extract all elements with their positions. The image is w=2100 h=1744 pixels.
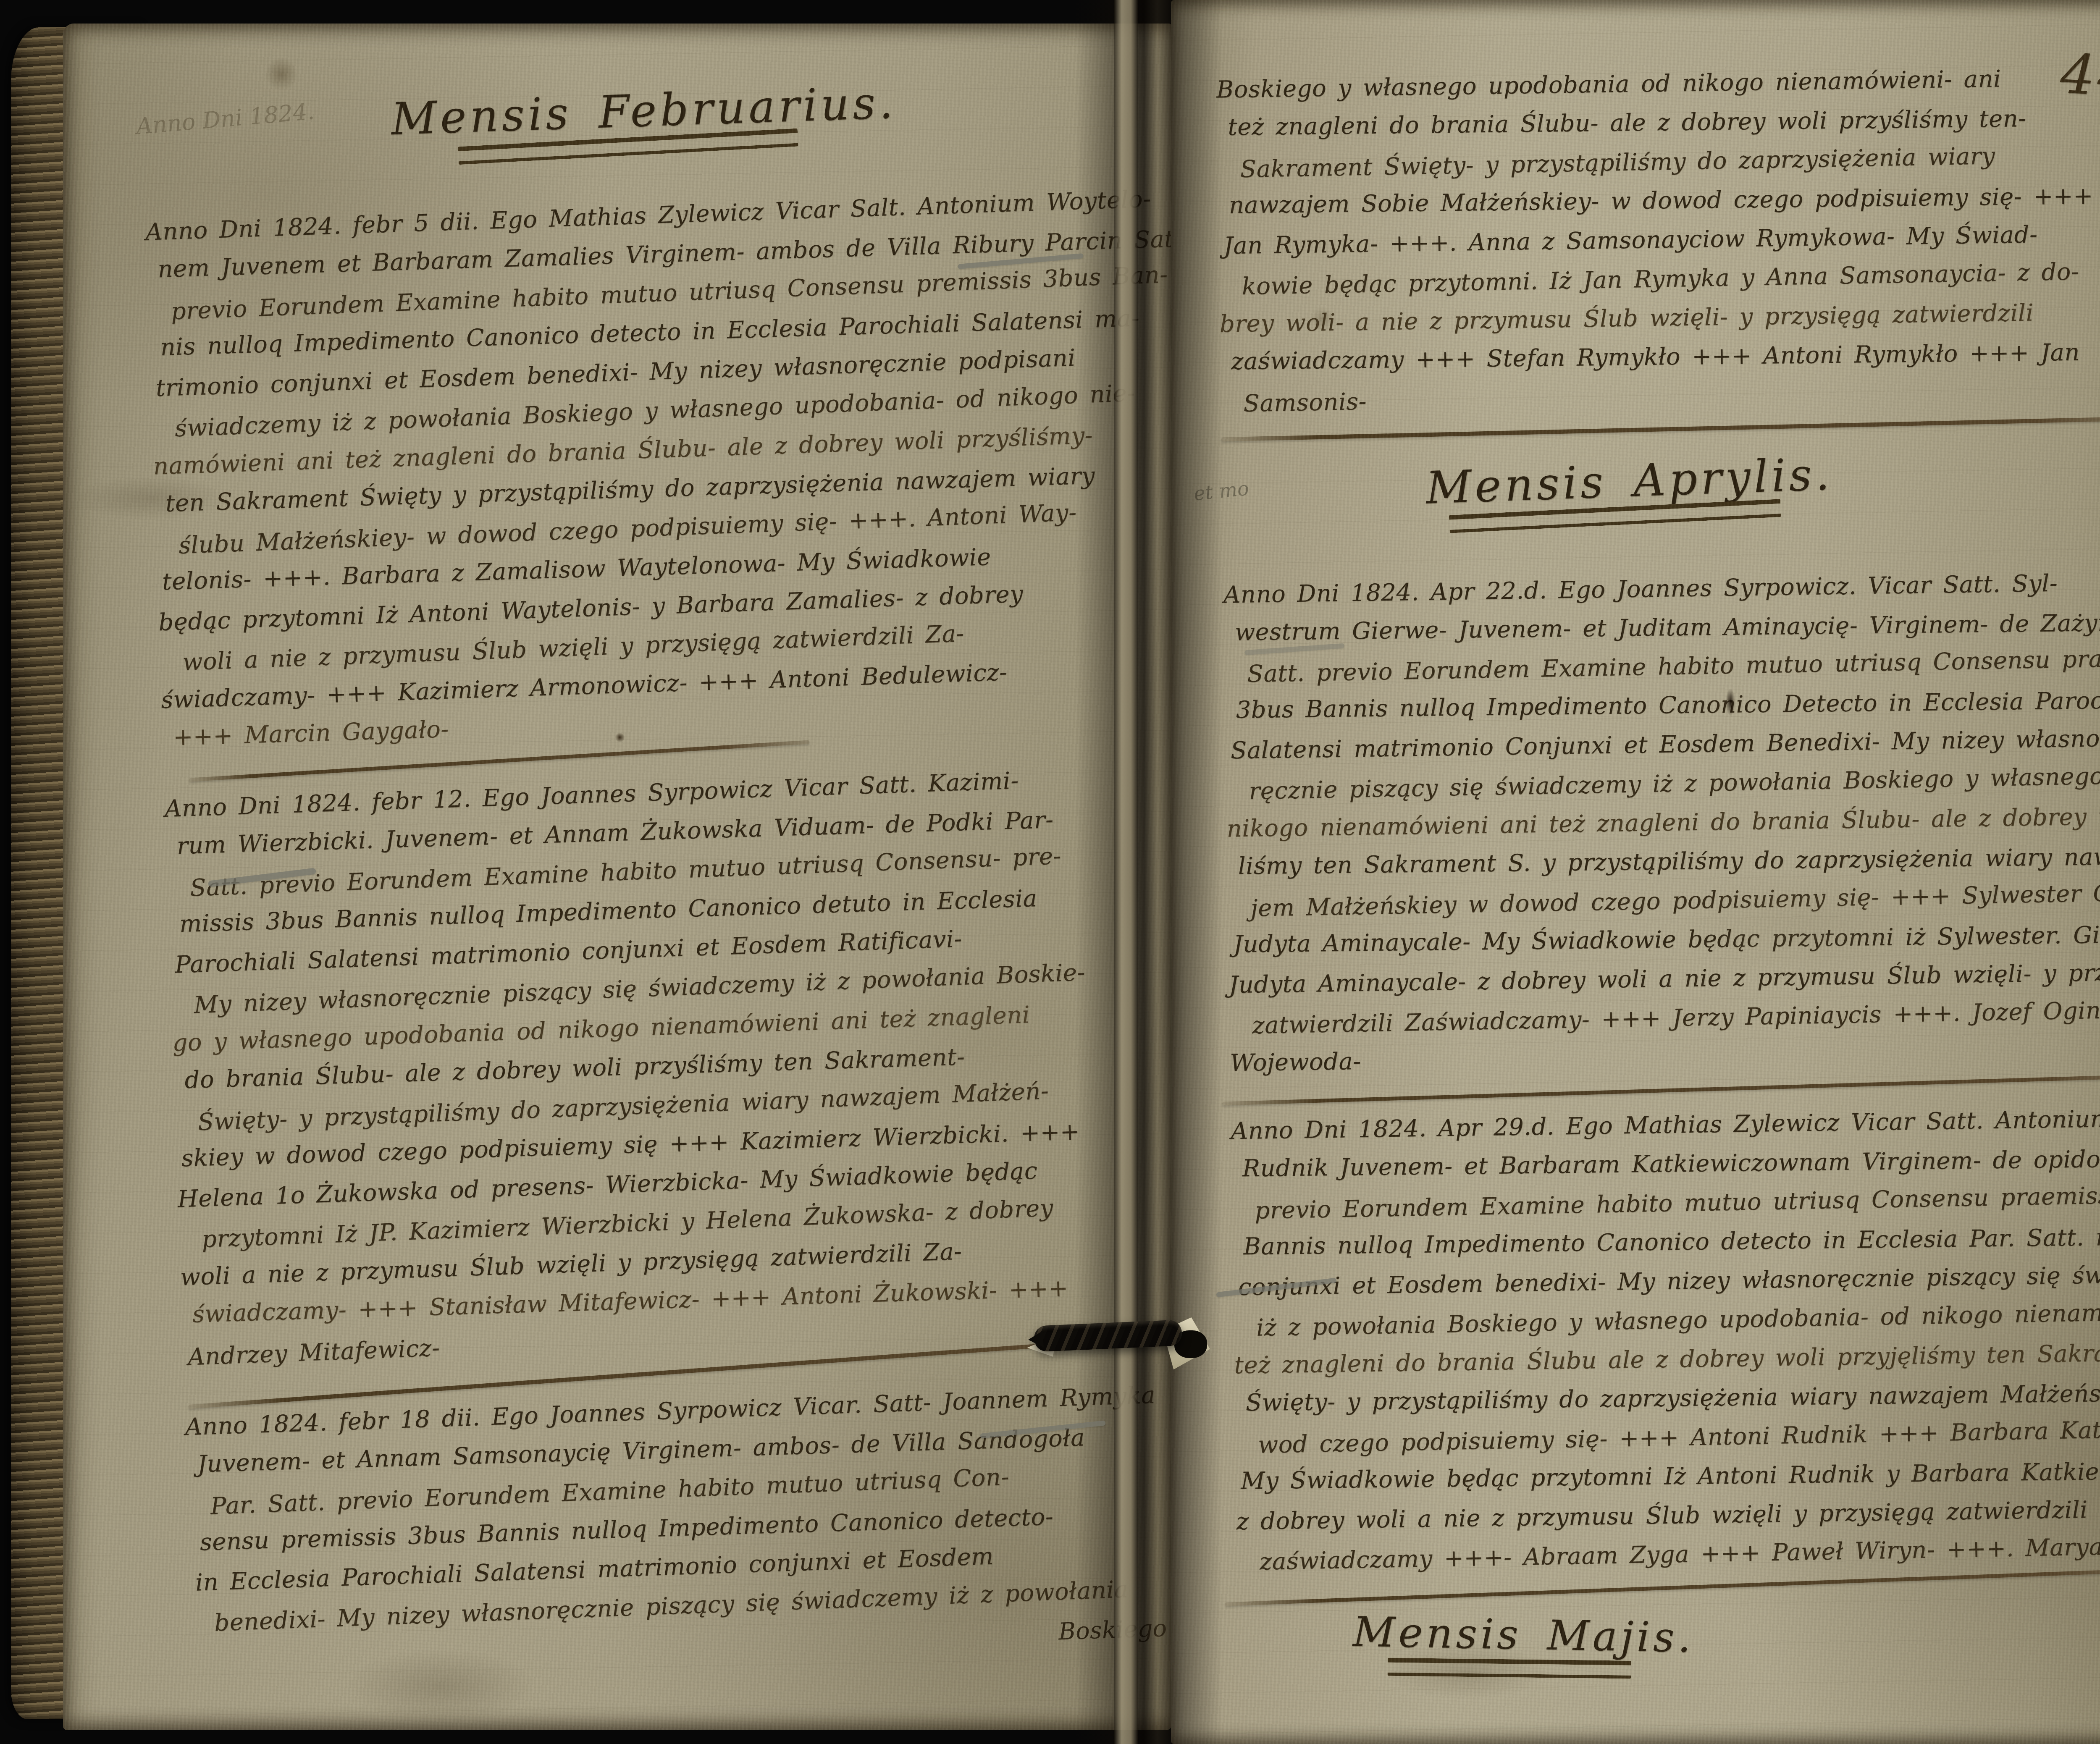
left-page: Anno Dni 1824. Mensis Februarius. Anno D… bbox=[63, 24, 1172, 1730]
april-heading-block: Mensis Aprylis. bbox=[1221, 436, 2100, 576]
right-page-content: Boskiego y własnego upodobania od nikogo… bbox=[1216, 57, 2100, 1715]
marriage-entry-feb18: Anno 1824. febr 18 dii. Ego Joannes Syrp… bbox=[184, 1375, 1172, 1642]
month-heading-may: Mensis Majis. bbox=[1171, 1603, 2007, 1668]
marriage-entry-feb5: Anno Dni 1824. febr 5 dii. Ego Mathias Z… bbox=[145, 180, 1166, 760]
right-page: 44 et mo Boskiego y własnego upodobania … bbox=[1171, 0, 2100, 1744]
marriage-entry-apr29: Anno Dni 1824. Apr 29.d. Ego Mathias Zyl… bbox=[1231, 1099, 2100, 1580]
marriage-entry-apr22: Anno Dni 1824. Apr 22.d. Ego Joannes Syr… bbox=[1223, 562, 2100, 1083]
marriage-entry-feb12: Anno Dni 1824. febr 12. Ego Joannes Syrp… bbox=[164, 757, 1172, 1375]
manuscript-scan: Anno Dni 1824. Mensis Februarius. Anno D… bbox=[0, 0, 2100, 1744]
may-heading-block: Mensis Majis. bbox=[1237, 1592, 2100, 1715]
marriage-entry-feb18-continuation: Boskiego y własnego upodobania od nikogo… bbox=[1216, 57, 2100, 422]
heading-underline bbox=[1387, 1658, 1631, 1679]
